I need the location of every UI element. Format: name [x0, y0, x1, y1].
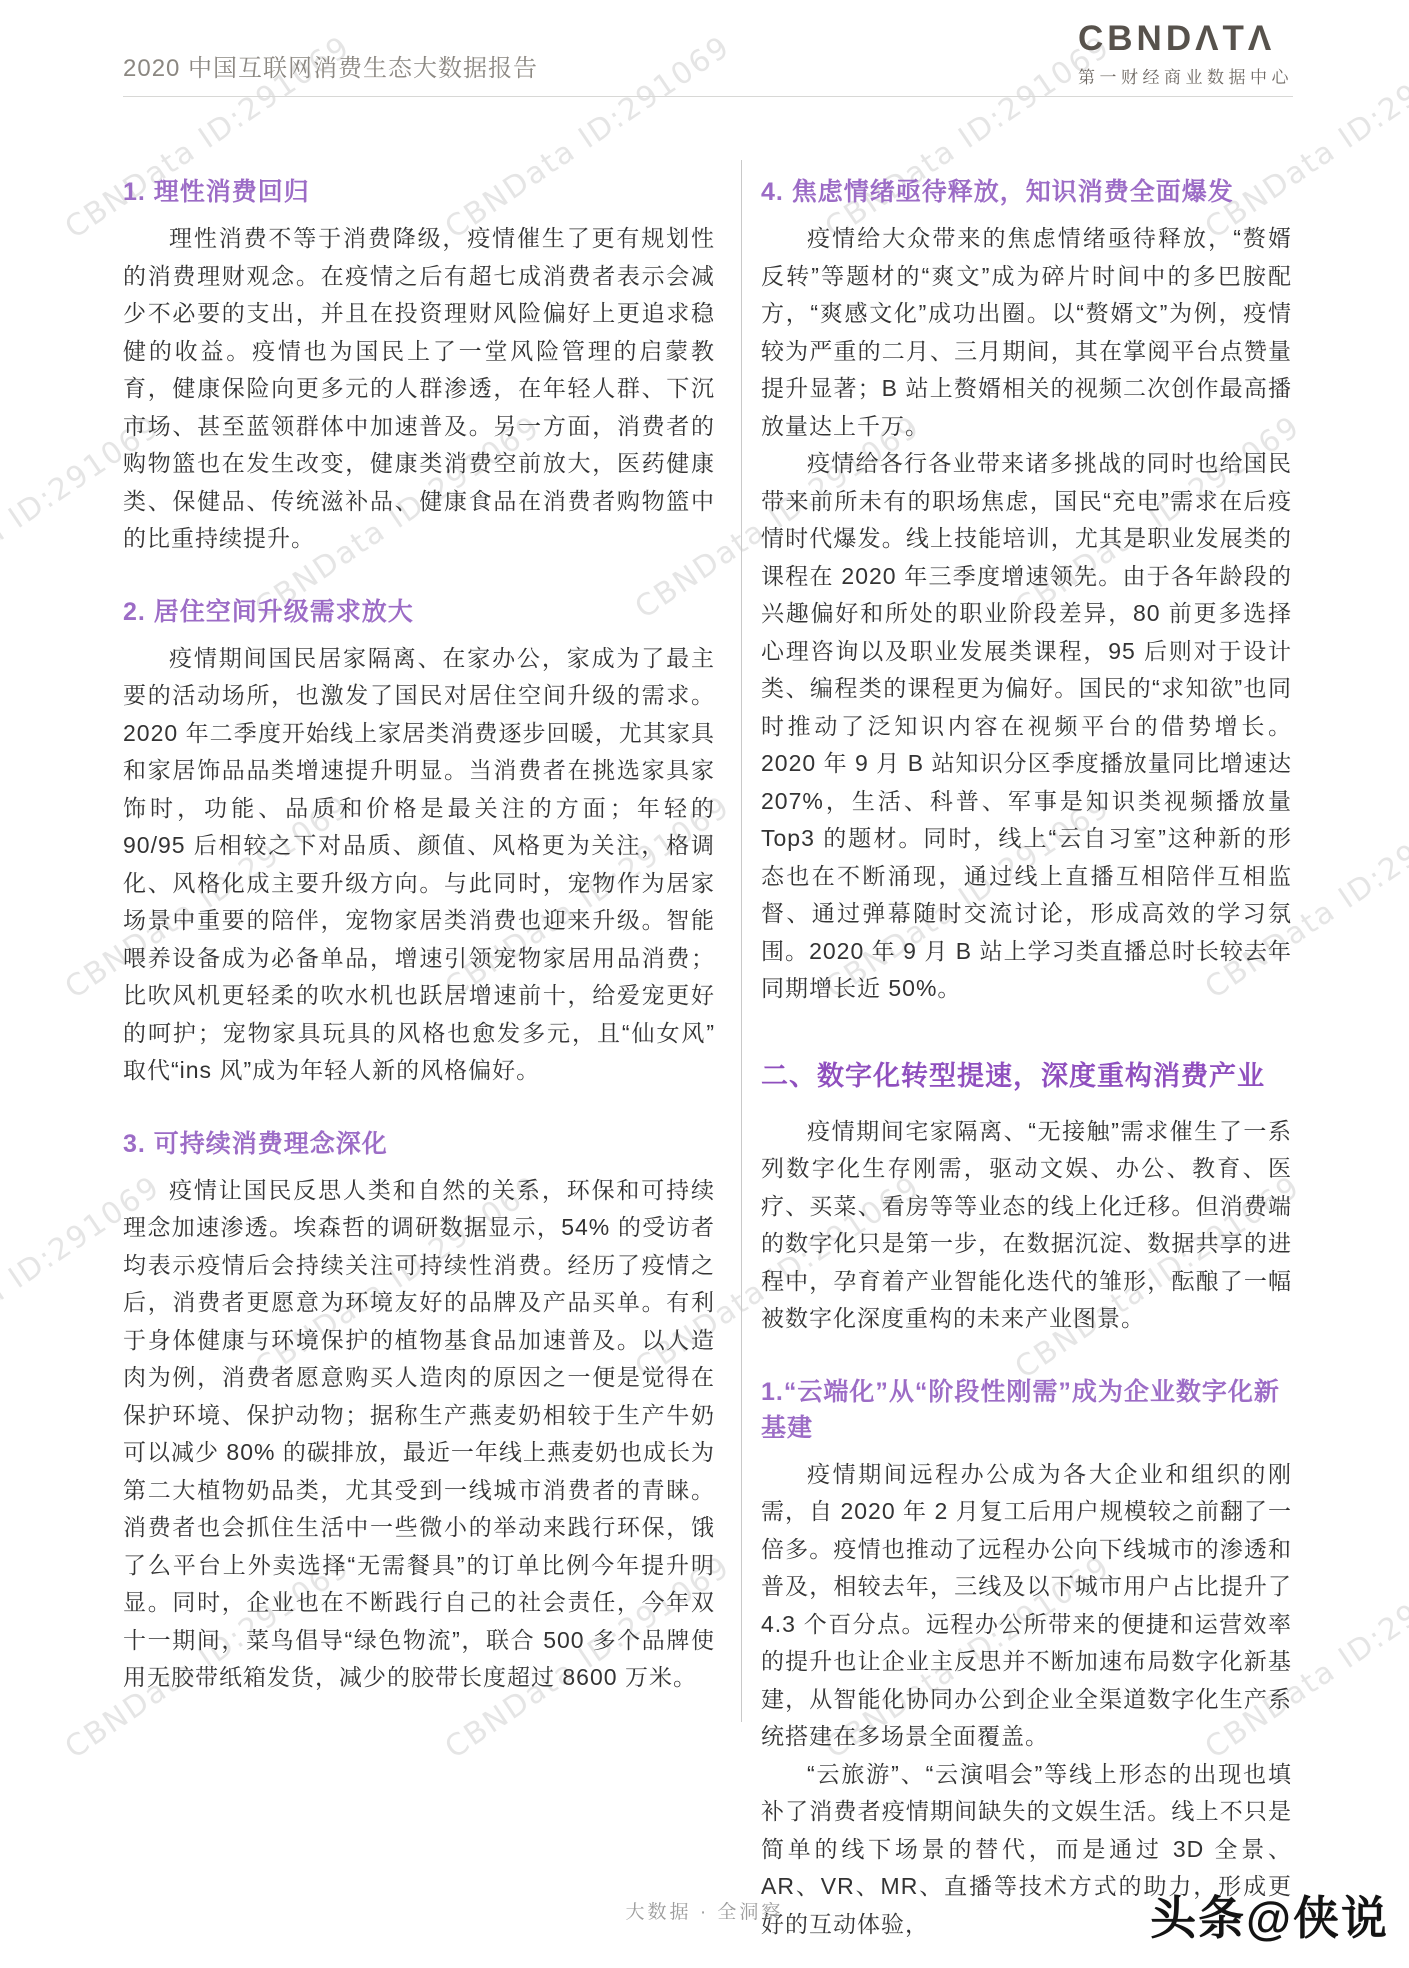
section-cloudification: 1.“云端化”从“阶段性刚需”成为企业数字化新基建 疫情期间远程办公成为各大企业…: [761, 1372, 1292, 1944]
section-anxiety-knowledge-consumption: 4. 焦虑情绪亟待释放，知识消费全面爆发 疫情给大众带来的焦虑情绪亟待释放，“赘…: [761, 172, 1292, 1008]
section-paragraph: 疫情期间国民居家隔离、在家办公，家成为了最主要的活动场所，也激发了国民对居住空间…: [123, 640, 715, 1090]
section-paragraph: 疫情给大众带来的焦虑情绪亟待释放，“赘婿反转”等题材的“爽文”成为碎片时间中的多…: [761, 220, 1292, 445]
cbndata-logo-subtitle: 第一财经商业数据中心: [1078, 63, 1293, 88]
section-heading: 2. 居住空间升级需求放大: [123, 592, 715, 628]
page-header: 2020 中国互联网消费生态大数据报告 CBNDΛTΛ 第一财经商业数据中心: [123, 20, 1293, 88]
report-page: CBNData ID:291069CBNData ID:291069CBNDat…: [0, 0, 1409, 1968]
credit-watermark: 头条@侠说: [1150, 1882, 1389, 1948]
section-paragraph: 疫情期间远程办公成为各大企业和组织的刚需，自 2020 年 2 月复工后用户规模…: [761, 1456, 1292, 1756]
section-rational-consumption: 1. 理性消费回归 理性消费不等于消费降级，疫情催生了更有规划性的消费理财观念。…: [123, 172, 715, 558]
section-sustainable-consumption: 3. 可持续消费理念深化 疫情让国民反思人类和自然的关系，环保和可持续理念加速渗…: [123, 1124, 715, 1697]
section-paragraph: 疫情给各行各业带来诸多挑战的同时也给国民带来前所未有的职场焦虑，国民“充电”需求…: [761, 445, 1292, 1008]
brand-logo-block: CBNDΛTΛ 第一财经商业数据中心: [1078, 20, 1293, 88]
section-digital-transformation: 二、数字化转型提速，深度重构消费产业 疫情期间宅家隔离、“无接触”需求催生了一系…: [761, 1054, 1292, 1338]
header-divider-line: [123, 96, 1293, 97]
section-heading: 4. 焦虑情绪亟待释放，知识消费全面爆发: [761, 172, 1292, 208]
chapter-heading: 二、数字化转型提速，深度重构消费产业: [761, 1054, 1292, 1093]
content-columns: 1. 理性消费回归 理性消费不等于消费降级，疫情催生了更有规划性的消费理财观念。…: [123, 160, 1293, 1943]
section-paragraph: 疫情期间宅家隔离、“无接触”需求催生了一系列数字化生存刚需，驱动文娱、办公、教育…: [761, 1113, 1292, 1338]
column-divider-line: [741, 160, 742, 1722]
section-heading: 1. 理性消费回归: [123, 172, 715, 208]
right-column: 4. 焦虑情绪亟待释放，知识消费全面爆发 疫情给大众带来的焦虑情绪亟待释放，“赘…: [761, 160, 1292, 1943]
section-heading: 3. 可持续消费理念深化: [123, 1124, 715, 1160]
left-column: 1. 理性消费回归 理性消费不等于消费降级，疫情催生了更有规划性的消费理财观念。…: [123, 160, 715, 1697]
cbndata-logo: CBNDΛTΛ: [1078, 20, 1293, 59]
section-paragraph: 理性消费不等于消费降级，疫情催生了更有规划性的消费理财观念。在疫情之后有超七成消…: [123, 220, 715, 558]
section-living-space-upgrade: 2. 居住空间升级需求放大 疫情期间国民居家隔离、在家办公，家成为了最主要的活动…: [123, 592, 715, 1090]
section-heading: 1.“云端化”从“阶段性刚需”成为企业数字化新基建: [761, 1372, 1292, 1444]
report-title: 2020 中国互联网消费生态大数据报告: [123, 20, 538, 83]
section-paragraph: 疫情让国民反思人类和自然的关系，环保和可持续理念加速渗透。埃森哲的调研数据显示，…: [123, 1172, 715, 1697]
